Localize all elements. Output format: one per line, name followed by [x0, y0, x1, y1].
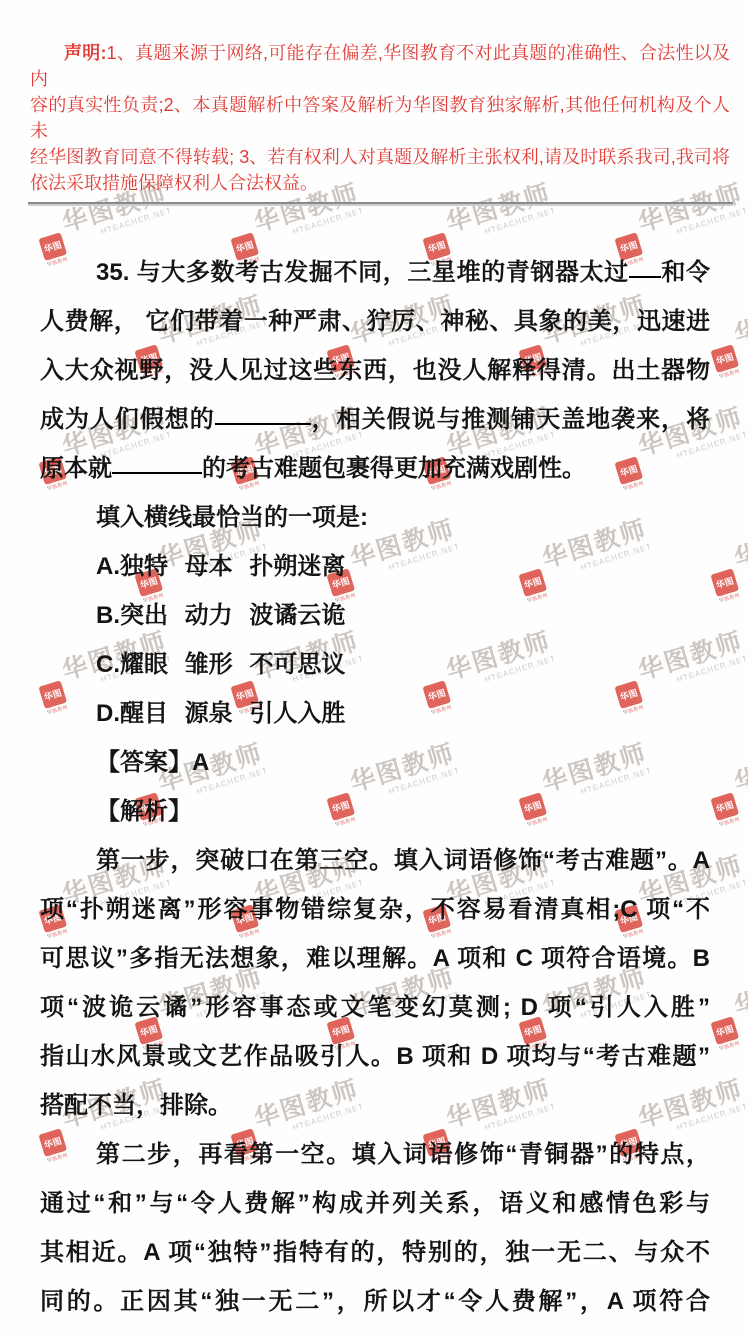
question-line: 入大众视野，没人见过这些东西，也没人解释得清。出土器物	[40, 346, 710, 395]
option-c: C.耀眼 雏形 不可思议	[40, 640, 710, 689]
text-segment: 和令	[661, 259, 710, 286]
text-segment: 项“波诡云谲”形容事态或文笔变幻莫测; D 项“引人入胜”	[40, 994, 710, 1021]
question-line: 原本就的考古难题包裹得更加充满戏剧性。	[40, 444, 710, 493]
text-segment: ，相关假说与推测铺天盖地袭来，将	[311, 406, 710, 433]
text-segment: B.突出 动力 波谲云诡	[96, 602, 345, 629]
analysis-line: 通过“和”与“令人费解”构成并列关系，语义和感情色彩与	[40, 1179, 710, 1228]
disclaimer-line: 经华图教育同意不得转载; 3、若有权利人对真题及解析主张权利,请及时联系我司,我…	[30, 144, 730, 170]
option-d: D.醒目 源泉 引人入胜	[40, 689, 710, 738]
text-segment: 容的真实性负责;2、本真题解析中答案及解析为华图教育独家解析,其他任何机构及个人…	[30, 95, 730, 141]
text-segment: 第二步，再看第一空。填入词语修饰“青铜器”的特点，	[96, 1141, 710, 1168]
analysis-header: 【解析】	[40, 787, 710, 836]
text-segment: 原本就	[40, 455, 112, 482]
text-segment: 声明:	[64, 43, 107, 63]
text-segment: 搭配不当，排除。	[40, 1092, 232, 1119]
document-page: 华图华图教师华图教师HTEACHER.NET华图华图教师华图教师HTEACHER…	[0, 0, 748, 1335]
disclaimer-line: 声明:1、真题来源于网络,可能存在偏差,华图教育不对此真题的准确性、合法性以及内	[30, 40, 730, 92]
analysis-line: 项“扑朔迷离”形容事物错综复杂，不容易看清真相;C 项“不	[40, 885, 710, 934]
page-content: 声明:1、真题来源于网络,可能存在偏差,华图教育不对此真题的准确性、合法性以及内…	[0, 0, 748, 1335]
blank-underline	[629, 276, 661, 278]
analysis-line: 同的。正因其“独一无二”，所以才“令人费解”，A 项符合	[40, 1277, 710, 1326]
text-segment: 【解析】	[96, 798, 192, 825]
blank-underline	[215, 423, 311, 425]
text-segment: 填入横线最恰当的一项是:	[96, 504, 368, 531]
text-segment: 项“扑朔迷离”形容事物错综复杂，不容易看清真相;C 项“不	[40, 896, 710, 923]
section-divider	[28, 202, 733, 206]
question-line: 35. 与大多数考古发掘不同，三星堆的青钢器太过和令	[40, 248, 710, 297]
analysis-line: 项“波诡云谲”形容事态或文笔变幻莫测; D 项“引人入胜”	[40, 983, 710, 1032]
text-segment: 通过“和”与“令人费解”构成并列关系，语义和感情色彩与	[40, 1190, 710, 1217]
question-line: 人费解， 它们带着一种严肃、狞厉、神秘、具象的美，迅速进	[40, 297, 710, 346]
text-segment: 成为人们假想的	[40, 406, 215, 433]
analysis-line: 其相近。A 项“独特”指特有的，特别的，独一无二、与众不	[40, 1228, 710, 1277]
disclaimer-line: 容的真实性负责;2、本真题解析中答案及解析为华图教育独家解析,其他任何机构及个人…	[30, 92, 730, 144]
text-segment: 入大众视野，没人见过这些东西，也没人解释得清。出土器物	[40, 357, 710, 384]
analysis-line: 第二步，再看第一空。填入词语修饰“青铜器”的特点，	[40, 1130, 710, 1179]
text-segment: 1、真题来源于网络,可能存在偏差,华图教育不对此真题的准确性、合法性以及内	[30, 43, 730, 89]
answer-line: 【答案】A	[40, 738, 710, 787]
analysis-line: 可思议”多指无法想象，难以理解。A 项和 C 项符合语境。B	[40, 934, 710, 983]
question-line: 成为人们假想的，相关假说与推测铺天盖地袭来，将	[40, 395, 710, 444]
disclaimer-notice: 声明:1、真题来源于网络,可能存在偏差,华图教育不对此真题的准确性、合法性以及内…	[30, 40, 730, 196]
text-segment: C.耀眼 雏形 不可思议	[96, 651, 345, 678]
text-segment: 其相近。A 项“独特”指特有的，特别的，独一无二、与众不	[40, 1239, 710, 1266]
disclaimer-line: 依法采取措施保障权利人合法权益。	[30, 170, 730, 196]
question-stem: 填入横线最恰当的一项是:	[40, 493, 710, 542]
text-segment: 指山水风景或文艺作品吸引人。B 项和 D 项均与“考古难题”	[40, 1043, 710, 1070]
text-segment: A.独特 母本 扑朔迷离	[96, 553, 345, 580]
option-b: B.突出 动力 波谲云诡	[40, 591, 710, 640]
text-segment: 同的。正因其“独一无二”，所以才“令人费解”，A 项符合	[40, 1288, 710, 1315]
question-body: 35. 与大多数考古发掘不同，三星堆的青钢器太过和令人费解， 它们带着一种严肃、…	[40, 248, 710, 1326]
text-segment: 经华图教育同意不得转载; 3、若有权利人对真题及解析主张权利,请及时联系我司,我…	[30, 147, 730, 167]
text-segment: 依法采取措施保障权利人合法权益。	[30, 173, 318, 193]
text-segment: 35. 与大多数考古发掘不同，三星堆的青钢器太过	[96, 259, 629, 286]
text-segment: 第一步，突破口在第三空。填入词语修饰“考古难题”。A	[96, 847, 710, 874]
text-segment: 的考古难题包裹得更加充满戏剧性。	[202, 455, 586, 482]
text-segment: 可思议”多指无法想象，难以理解。A 项和 C 项符合语境。B	[40, 945, 710, 972]
text-segment: 人费解， 它们带着一种严肃、狞厉、神秘、具象的美，迅速进	[40, 308, 710, 335]
analysis-line: 指山水风景或文艺作品吸引人。B 项和 D 项均与“考古难题”	[40, 1032, 710, 1081]
analysis-line: 第一步，突破口在第三空。填入词语修饰“考古难题”。A	[40, 836, 710, 885]
analysis-line: 搭配不当，排除。	[40, 1081, 710, 1130]
blank-underline	[112, 472, 202, 474]
text-segment: 【答案】A	[96, 749, 209, 776]
text-segment: D.醒目 源泉 引人入胜	[96, 700, 345, 727]
option-a: A.独特 母本 扑朔迷离	[40, 542, 710, 591]
